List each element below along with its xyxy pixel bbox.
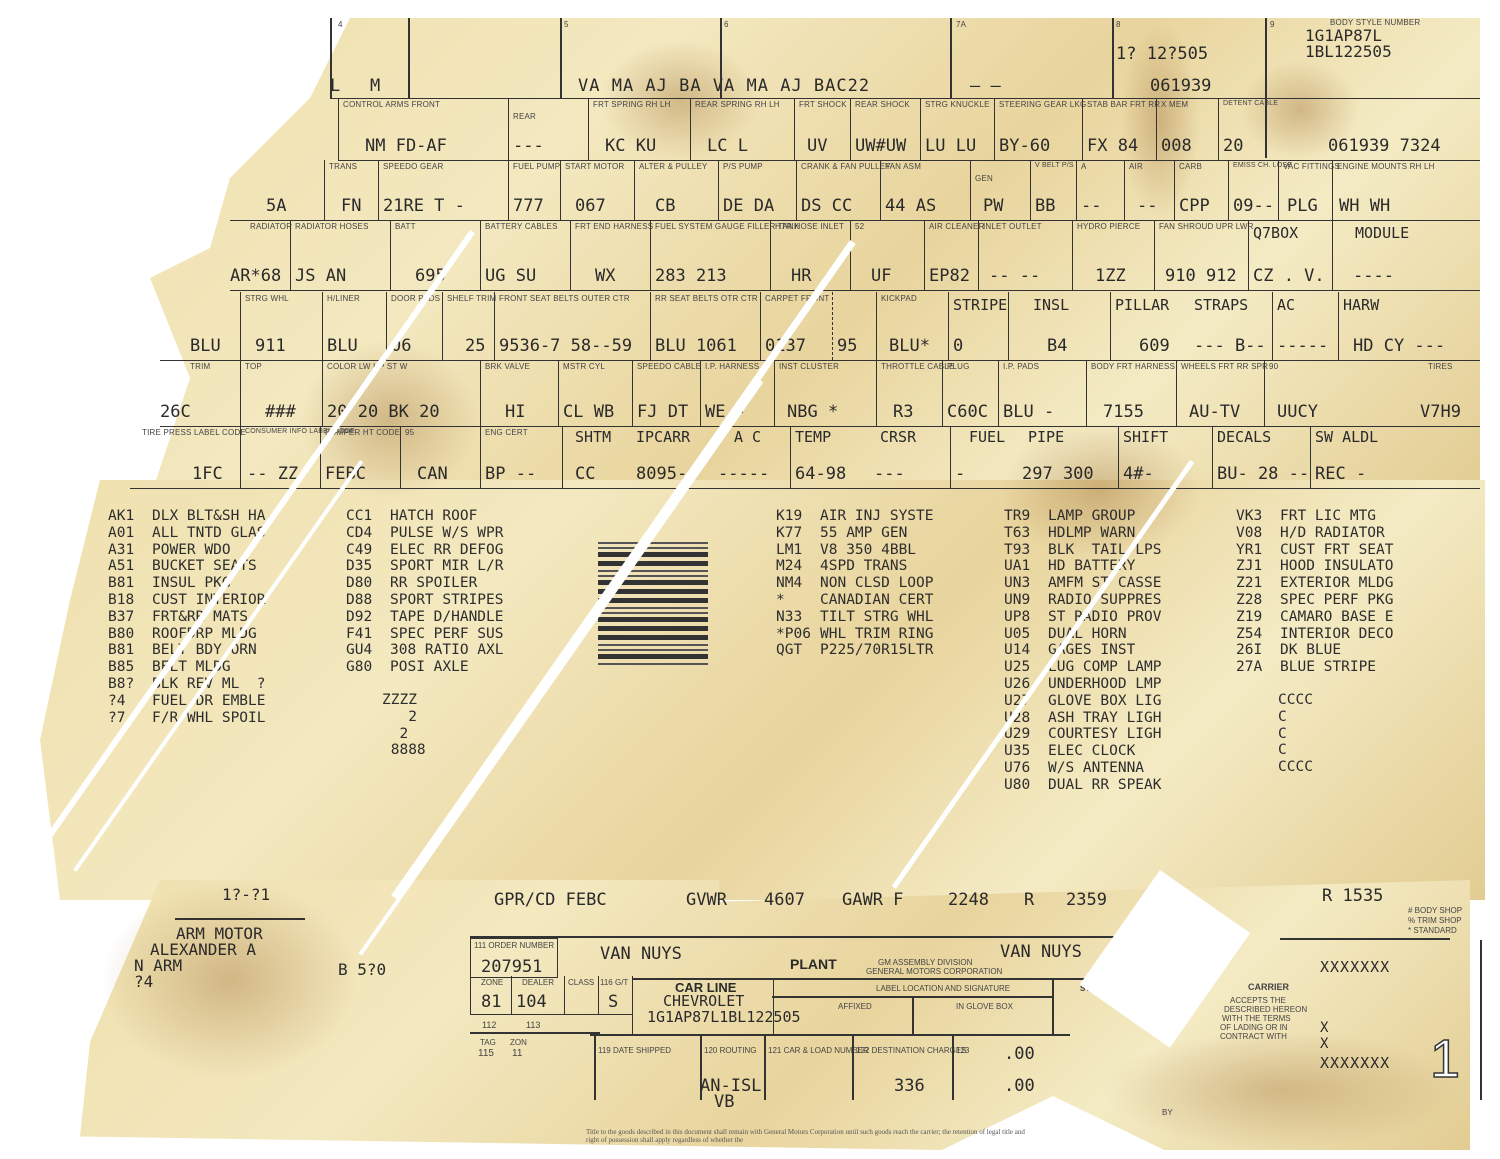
option-code-item: NM4NON CLSD LOOP xyxy=(776,575,934,592)
field-label: TIRES xyxy=(1428,362,1453,371)
field-value: HI xyxy=(505,402,555,422)
option-code-item: U29COURTESY LIGH xyxy=(1004,726,1162,743)
field-label: SHELF TRIM xyxy=(447,294,496,303)
field-value: C60C xyxy=(947,402,997,422)
option-description: 4SPD TRANS xyxy=(820,558,907,574)
option-description: UNDERHOOD LMP xyxy=(1048,676,1162,692)
field-value: CPP xyxy=(1179,196,1225,216)
cell-top: TOP### xyxy=(240,360,323,426)
cell-temp: TEMP64-98 xyxy=(790,426,871,488)
cell-strg-whl: STRG WHL911 xyxy=(240,292,323,360)
field-label: GEN xyxy=(975,174,993,183)
field-label: SPEEDO GEAR xyxy=(383,162,443,171)
option-code: B85 xyxy=(108,659,152,676)
overprint: SHIFT xyxy=(1123,428,1211,446)
field-label: TOP xyxy=(245,362,262,371)
legend-standard: * STANDARD xyxy=(1408,926,1457,935)
option-code: K77 xyxy=(776,525,820,542)
row-interior: BLU STRG WHL911 H/LINERBLU DOOR PADS06 S… xyxy=(160,292,1480,361)
option-code-item: U25LUG COMP LAMP xyxy=(1004,659,1162,676)
field-label: CONTROL ARMS FRONT xyxy=(343,100,440,109)
option-description: HOOD INSULATO xyxy=(1280,558,1394,574)
field-value: 1FC xyxy=(192,464,234,484)
dest-charges-value: 336 xyxy=(894,1076,925,1096)
field-value: 09-- xyxy=(1233,196,1275,216)
option-code: A51 xyxy=(108,558,152,575)
option-code: CD4 xyxy=(346,525,390,542)
options-col-4: TR9LAMP GROUPT63HDLMP WARNT93BLK TAIL LP… xyxy=(1004,508,1162,794)
field-label: STRG WHL xyxy=(245,294,289,303)
options-col-5: VK3FRT LIC MTGV08H/D RADIATORYR1CUST FRT… xyxy=(1236,508,1394,676)
field-label: 95 xyxy=(405,428,414,437)
option-code-item: CC1HATCH ROOF xyxy=(346,508,504,525)
option-description: COURTESY LIGH xyxy=(1048,726,1162,742)
zone-label: ZONE xyxy=(481,978,503,987)
option-code-item: K19AIR INJ SYSTE xyxy=(776,508,934,525)
option-description: SPORT MIR L/R xyxy=(390,558,504,574)
option-code-item: *CANADIAN CERT xyxy=(776,592,934,609)
option-code-item: U80DUAL RR SPEAK xyxy=(1004,777,1162,794)
overprint: IPCARR xyxy=(636,428,710,446)
field-value: PLG xyxy=(1287,196,1329,216)
field-value: 297 300 xyxy=(1022,464,1116,484)
field-value: --- xyxy=(874,464,948,484)
carrier-x-bottom: XXXXXXX xyxy=(1320,1054,1390,1072)
cell-90: 90UUCY xyxy=(1264,360,1345,426)
field-label: AIR CLEANER xyxy=(929,222,985,231)
option-code: V08 xyxy=(1236,525,1280,542)
field-label: SPEEDO CABLE xyxy=(637,362,701,371)
overprint: CRSR xyxy=(880,428,948,446)
field-label: MSTR CYL xyxy=(563,362,605,371)
by-label: BY xyxy=(1162,1108,1173,1117)
field-value: 95 xyxy=(837,336,871,356)
class-label: CLASS xyxy=(568,978,594,987)
cell-front-seat-belts: FRONT SEAT BELTS OUTER CTR9536-7 58--59 xyxy=(494,292,651,360)
cell-frt-shock: FRT SHOCK UV xyxy=(794,98,849,160)
option-code-item: UA1HD BATTERY xyxy=(1004,558,1162,575)
option-footer-line: C xyxy=(1278,709,1313,726)
cell-straps: STRAPS--- B-- xyxy=(1190,292,1270,360)
field-label: ENGINE MOUNTS RH LH xyxy=(1337,162,1435,171)
cell-ac: AC----- xyxy=(1272,292,1339,360)
option-description: LUG COMP LAMP xyxy=(1048,659,1162,675)
field-value: BU- 28 -- xyxy=(1217,464,1309,484)
field-value: - xyxy=(955,464,1017,484)
option-code: B8? xyxy=(108,676,152,693)
cell-fuel-system: FUEL SYSTEM GAUGE FILLER TANK283 213 xyxy=(650,220,771,290)
option-code: K19 xyxy=(776,508,820,525)
divider xyxy=(952,1034,954,1100)
option-description: 308 RATIO AXL xyxy=(390,642,504,658)
option-code: B18 xyxy=(108,592,152,609)
option-code-item: U05DUAL HORN xyxy=(1004,626,1162,643)
cell-rear-spring: REAR SPRING RH LH LC L xyxy=(690,98,791,160)
field-label: H/LINER xyxy=(327,294,360,303)
option-description: LAMP GROUP xyxy=(1048,508,1135,524)
dealer-line-4: ?4 xyxy=(134,972,153,991)
cell-rear-arm: REAR --- xyxy=(508,98,589,160)
option-description: SPORT STRIPES xyxy=(390,592,504,608)
option-code: VK3 xyxy=(1236,508,1280,525)
option-description: FRT LIC MTG xyxy=(1280,508,1376,524)
cell-frt-end-harness: FRT END HARNESSWX xyxy=(570,220,651,290)
cell-battery-cables: BATTERY CABLESUG SU xyxy=(480,220,571,290)
option-description: SPEC PERF SUS xyxy=(390,626,504,642)
carrier-x-top: XXXXXXX xyxy=(1320,958,1390,976)
cell-consumer-info: CONSUMER INFO LABEL CODE-- ZZ xyxy=(240,426,321,488)
box-113-label: 113 xyxy=(526,1020,540,1030)
option-footer-line: 2 xyxy=(382,726,426,743)
cell-pillar: PILLAR609 xyxy=(1110,292,1191,360)
option-code: D35 xyxy=(346,558,390,575)
field-label: BODY FRT HARNESS xyxy=(1091,362,1175,371)
field-label: TRANS xyxy=(329,162,357,171)
option-code-item: B8?BLK REV ML ? xyxy=(108,676,266,693)
field-value: BLU xyxy=(327,336,383,356)
field-label: CARB xyxy=(1179,162,1202,171)
cell-carpet-rear: 95 xyxy=(832,292,873,360)
build-sheet-scan: 4 M 5 VA MA AJ BA VA MA AJ BAC22 6 7A — … xyxy=(0,0,1500,1159)
cell-rr-seat-belts: RR SEAT BELTS OTR CTRBLU 1061 xyxy=(650,292,761,360)
routing-label: 120 ROUTING xyxy=(704,1046,756,1055)
options-col-3: K19AIR INJ SYSTEK7755 AMP GENLM1V8 350 4… xyxy=(776,508,934,659)
car-load-label: 121 CAR & LOAD NUMBER xyxy=(768,1046,869,1055)
cell-shtm: SHTMCC xyxy=(562,426,633,488)
cell-harw: HARWHD CY --- xyxy=(1338,292,1480,360)
cell-37-a: A-- xyxy=(1076,160,1123,220)
field-value: ### xyxy=(265,402,321,422)
field-value: CC xyxy=(575,464,631,484)
option-code-item: Z21EXTERIOR MLDG xyxy=(1236,575,1394,592)
option-code: 27A xyxy=(1236,659,1280,676)
option-description: V8 350 4BBL xyxy=(820,542,916,558)
cell-gen: GENPW xyxy=(970,160,1029,220)
cell-stab-bar: STAB BAR FRT RR FX 84 xyxy=(1082,98,1155,160)
option-code: GU4 xyxy=(346,642,390,659)
field-value: AU-TV xyxy=(1189,402,1261,422)
field-value: --- xyxy=(513,136,587,156)
overprint: SHTM xyxy=(575,428,631,446)
affixed-label: AFFIXED xyxy=(838,1002,872,1011)
dealer-label: DEALER xyxy=(522,978,554,987)
field-value: NBG * xyxy=(787,402,843,422)
field-label: HTR HOSE INLET xyxy=(775,222,844,231)
cell-inlet-outlet: INLET OUTLET-- -- xyxy=(978,220,1069,290)
field-label: WHEELS FRT RR SPR xyxy=(1181,362,1268,371)
option-description: BLK TAIL LPS xyxy=(1048,542,1162,558)
field-label: ENG CERT xyxy=(485,428,528,437)
cell-kickpad: KICKPADBLU* xyxy=(876,292,947,360)
option-code: D80 xyxy=(346,575,390,592)
overprint: HARW xyxy=(1343,296,1478,314)
option-code-item: UN9RADIO SUPPRES xyxy=(1004,592,1162,609)
option-code: UN3 xyxy=(1004,575,1048,592)
field-value: JS AN xyxy=(295,266,389,286)
summary-left: 1?-?1 xyxy=(222,885,270,904)
option-description: HATCH ROOF xyxy=(390,508,477,524)
field-label: TIRE PRESS LABEL CODE xyxy=(142,428,246,437)
option-description: ELEC CLOCK xyxy=(1048,743,1135,759)
cell-mstr-cyl: MSTR CYLCL WB xyxy=(558,360,631,426)
option-code: QGT xyxy=(776,642,820,659)
class-box: CLASS xyxy=(564,976,599,1015)
cell-body-frt-harness: BODY FRT HARNESS7155 xyxy=(1086,360,1175,426)
option-description: EXTERIOR MLDG xyxy=(1280,575,1394,591)
field-label: REAR SHOCK xyxy=(855,100,910,109)
option-code-item: B81INSUL PKG xyxy=(108,575,266,592)
field-label: STEERING GEAR LKG xyxy=(999,100,1086,109)
gm-corporation: GENERAL MOTORS CORPORATION xyxy=(866,967,1002,976)
field-value: UG SU xyxy=(485,266,569,286)
option-code-item: AK1DLX BLT&SH HA xyxy=(108,508,266,525)
field-label: DOOR PADS xyxy=(391,294,440,303)
field-value: 64-98 xyxy=(795,464,869,484)
zone-box: ZONE 81 xyxy=(470,976,512,1015)
box-116-label: 116 G/T xyxy=(600,978,628,987)
option-description: NON CLSD LOOP xyxy=(820,575,934,591)
option-code: B81 xyxy=(108,642,152,659)
cell-ps-pump: P/S PUMPDE DA xyxy=(718,160,795,220)
field-label: FAN ASM xyxy=(885,162,921,171)
field-label: STRG KNUCKLE xyxy=(925,100,990,109)
box-112-label: 112 xyxy=(482,1020,496,1030)
option-code: T63 xyxy=(1004,525,1048,542)
option-description: WHL TRIM RING xyxy=(820,626,934,642)
option-code: F41 xyxy=(346,626,390,643)
option-code: UN9 xyxy=(1004,592,1048,609)
field-value: B4 xyxy=(1047,336,1107,356)
carrier-text-5: CONTRACT WITH xyxy=(1220,1032,1287,1041)
divider xyxy=(764,1034,766,1100)
box-5-value: VA MA AJ BA VA MA AJ BAC22 xyxy=(578,76,870,96)
divider xyxy=(470,936,1130,938)
cell-hydro-pierce: HYDRO PIERCE1ZZ xyxy=(1072,220,1153,290)
field-label: CARPET FRONT xyxy=(765,294,829,303)
cell-door-pads: DOOR PADS06 xyxy=(386,292,441,360)
option-description: ASH TRAY LIGH xyxy=(1048,710,1162,726)
trans-fragment: L xyxy=(330,76,340,96)
field-label: 90 xyxy=(1269,362,1278,371)
field-value: 25 xyxy=(465,336,491,356)
option-description: CUST FRT SEAT xyxy=(1280,542,1394,558)
option-code: UP8 xyxy=(1004,609,1048,626)
option-description: SPEC PERF PKG xyxy=(1280,592,1394,608)
cell-steering-gear: STEERING GEAR LKG BY-60 xyxy=(994,98,1081,160)
dealer-partial: B 5?0 xyxy=(338,960,386,979)
option-description: ELEC RR DEFOG xyxy=(390,542,504,558)
option-code-item: U76W/S ANTENNA xyxy=(1004,760,1162,777)
box-8-label: 8 xyxy=(1116,20,1121,29)
cell-eng-cert: ENG CERTBP -- xyxy=(480,426,571,488)
gawr-rear: 2359 xyxy=(1066,890,1107,910)
field-label: RADIATOR xyxy=(250,222,292,231)
glove-box-label: IN GLOVE BOX xyxy=(956,1002,1013,1011)
date-shipped-label: 119 DATE SHIPPED xyxy=(598,1046,671,1055)
cell-fan-asm: FAN ASM44 AS xyxy=(880,160,969,220)
field-value: UV xyxy=(807,136,847,156)
cell-crank-pulley: CRANK & FAN PULLEYDS CC xyxy=(796,160,879,220)
option-description: POSI AXLE xyxy=(390,659,469,675)
option-footer-line: CCCC xyxy=(1278,759,1313,776)
options-col-2: CC1HATCH ROOFCD4PULSE W/S WPRC49ELEC RR … xyxy=(346,508,504,676)
field-label: FRT SHOCK xyxy=(799,100,847,109)
field-label: TRIM xyxy=(190,362,210,371)
option-code: C49 xyxy=(346,542,390,559)
field-label: START MOTOR xyxy=(565,162,624,171)
cell-start-motor: START MOTOR067 xyxy=(560,160,631,220)
option-code: UA1 xyxy=(1004,558,1048,575)
cell-ip-pads: I.P. PADSBLU - xyxy=(998,360,1085,426)
option-code-item: GU4308 RATIO AXL xyxy=(346,642,504,659)
cell-alter-pulley: ALTER & PULLEYCB xyxy=(634,160,715,220)
option-code: D88 xyxy=(346,592,390,609)
cell-27-prefix: 5A xyxy=(230,160,324,220)
divider xyxy=(852,1034,854,1100)
field-value: 777 xyxy=(513,196,557,216)
page-number: 1 xyxy=(1430,1028,1460,1090)
field-value: 44 AS xyxy=(885,196,967,216)
plant-label: PLANT xyxy=(790,956,837,972)
field-label: I.P. HARNESS xyxy=(705,362,759,371)
field-value: BP -- xyxy=(485,464,569,484)
cell-shift: SHIFT4#- xyxy=(1118,426,1213,488)
box-123-label: 123 xyxy=(956,1046,969,1055)
option-code-item: QGTP225/70R15LTR xyxy=(776,642,934,659)
cell-trans: TRANSFN xyxy=(324,160,385,220)
option-code: 26I xyxy=(1236,642,1280,659)
option-footer-line: C xyxy=(1278,742,1313,759)
option-code-item: Z54INTERIOR DECO xyxy=(1236,626,1394,643)
cell-hliner: H/LINERBLU xyxy=(322,292,385,360)
divider xyxy=(594,1034,596,1100)
option-code-item: U28ASH TRAY LIGH xyxy=(1004,710,1162,727)
field-value: 0 xyxy=(953,336,1007,356)
field-value: UW#UW xyxy=(855,136,917,156)
field-value: 067 xyxy=(575,196,629,216)
field-value: 910 912 xyxy=(1165,266,1247,286)
overprint: AC xyxy=(1277,296,1337,314)
carrier-text-3: WITH THE TERMS xyxy=(1222,1014,1291,1023)
option-code: *P06 xyxy=(776,626,820,643)
option-code-item: TR9LAMP GROUP xyxy=(1004,508,1162,525)
box-8-value: 1? 12?505 xyxy=(1116,44,1208,64)
field-value: BLU xyxy=(190,336,238,356)
option-code: T93 xyxy=(1004,542,1048,559)
overprint: Q7BOX xyxy=(1253,224,1329,242)
option-code-item: Z19CAMARO BASE E xyxy=(1236,609,1394,626)
option-code: N33 xyxy=(776,609,820,626)
divider xyxy=(590,1034,1070,1036)
option-description: ST RADIO PROV xyxy=(1048,609,1162,625)
cell-vbelt-ps: V BELT P/SBB xyxy=(1030,160,1075,220)
option-code: G80 xyxy=(346,659,390,676)
field-value: ----- xyxy=(718,464,786,484)
option-code-item: UN3AMFM ST CASSE xyxy=(1004,575,1162,592)
field-value: DE DA xyxy=(723,196,793,216)
option-code: M24 xyxy=(776,558,820,575)
cell-rear-shock: REAR SHOCK UW#UW xyxy=(850,98,919,160)
cell-stripe: STRIPE0 xyxy=(948,292,1009,360)
summary-right: R 1535 xyxy=(1322,886,1383,906)
body-style-line2: 1BL122505 xyxy=(1305,42,1392,61)
field-value: 9536-7 58--59 xyxy=(499,336,649,356)
cell-pipe: PIPE297 300 xyxy=(1018,426,1118,488)
field-value: CL WB xyxy=(563,402,629,422)
option-description: DK BLUE xyxy=(1280,642,1341,658)
box-116-value: S xyxy=(608,992,618,1012)
option-code-item: B18CUST INTERIOR xyxy=(108,592,266,609)
option-code: U29 xyxy=(1004,726,1048,743)
field-value: EP82 xyxy=(929,266,975,286)
cell-air-cleaner: AIR CLEANEREP82 xyxy=(924,220,977,290)
row-suspension: CONTROL ARMS FRONT NM FD-AF REAR --- FRT… xyxy=(338,98,1480,161)
option-code: D92 xyxy=(346,609,390,626)
box-123-value-1: .00 xyxy=(1004,1044,1035,1064)
divider xyxy=(1052,978,1054,1034)
divider xyxy=(470,1032,600,1034)
option-code: ZJ1 xyxy=(1236,558,1280,575)
option-code-item: A01ALL TNTD GLAS xyxy=(108,525,266,542)
cell-61-prefix: BLU xyxy=(160,292,240,360)
box-9-label: 9 xyxy=(1270,20,1275,29)
cell-trim: TRIM26C xyxy=(160,360,240,426)
option-code-item: N33TILT STRG WHL xyxy=(776,609,934,626)
option-description: F/R WHL SPOIL xyxy=(152,710,266,726)
cell-radiator-hoses: RADIATOR HOSESJS AN xyxy=(290,220,391,290)
field-value: CB xyxy=(655,196,713,216)
cell-carb: CARBCPP xyxy=(1174,160,1227,220)
option-code: TR9 xyxy=(1004,508,1048,525)
field-label: A xyxy=(1081,162,1087,171)
field-value: DS CC xyxy=(801,196,877,216)
option-description: BELT BDY ORN xyxy=(152,642,257,658)
cell-decals: DECALSBU- 28 -- xyxy=(1212,426,1311,488)
option-code-item: Z28SPEC PERF PKG xyxy=(1236,592,1394,609)
cell-fuel-pump: FUEL PUMP777 xyxy=(508,160,559,220)
gvwr-value: 4607 xyxy=(764,890,805,910)
field-value: 5A xyxy=(266,196,322,216)
carrier-label: CARRIER xyxy=(1248,982,1289,992)
cell-throttle-cable: THROTTLE CABLER3 xyxy=(876,360,941,426)
field-value: FX 84 xyxy=(1087,136,1153,156)
order-number: 207951 xyxy=(481,957,542,977)
cell-fuel: FUEL- xyxy=(950,426,1019,488)
option-code: U80 xyxy=(1004,777,1048,794)
field-label: STAB BAR FRT RR xyxy=(1087,100,1160,109)
field-value: KC KU xyxy=(605,136,687,156)
option-code: U35 xyxy=(1004,743,1048,760)
field-value: ----- xyxy=(1277,336,1337,356)
option-code-item: D80RR SPOILER xyxy=(346,575,504,592)
field-value: 20 xyxy=(1223,136,1263,156)
cell-speedo-gear: SPEEDO GEAR21RE T - xyxy=(378,160,505,220)
field-value: 008 xyxy=(1161,136,1215,156)
field-label: V BELT P/S xyxy=(1035,162,1074,169)
option-code-item: M244SPD TRANS xyxy=(776,558,934,575)
options-col-1: AK1DLX BLT&SH HAA01ALL TNTD GLASA31POWER… xyxy=(108,508,266,726)
cell-sw-aldl: SW ALDLREC - xyxy=(1310,426,1480,488)
field-value: LU LU xyxy=(925,136,991,156)
option-code: A01 xyxy=(108,525,152,542)
tag-label: TAG xyxy=(480,1038,496,1047)
field-value: 4#- xyxy=(1123,464,1211,484)
row-powertrain: 5A TRANSFN SPEEDO GEAR21RE T - FUEL PUMP… xyxy=(230,160,1480,221)
option-description: TAPE D/HANDLE xyxy=(390,609,504,625)
option-code-item: F41SPEC PERF SUS xyxy=(346,626,504,643)
cell-wheels: WHEELS FRT RR SPRAU-TV xyxy=(1176,360,1263,426)
box-4-label: 4 xyxy=(338,20,343,29)
